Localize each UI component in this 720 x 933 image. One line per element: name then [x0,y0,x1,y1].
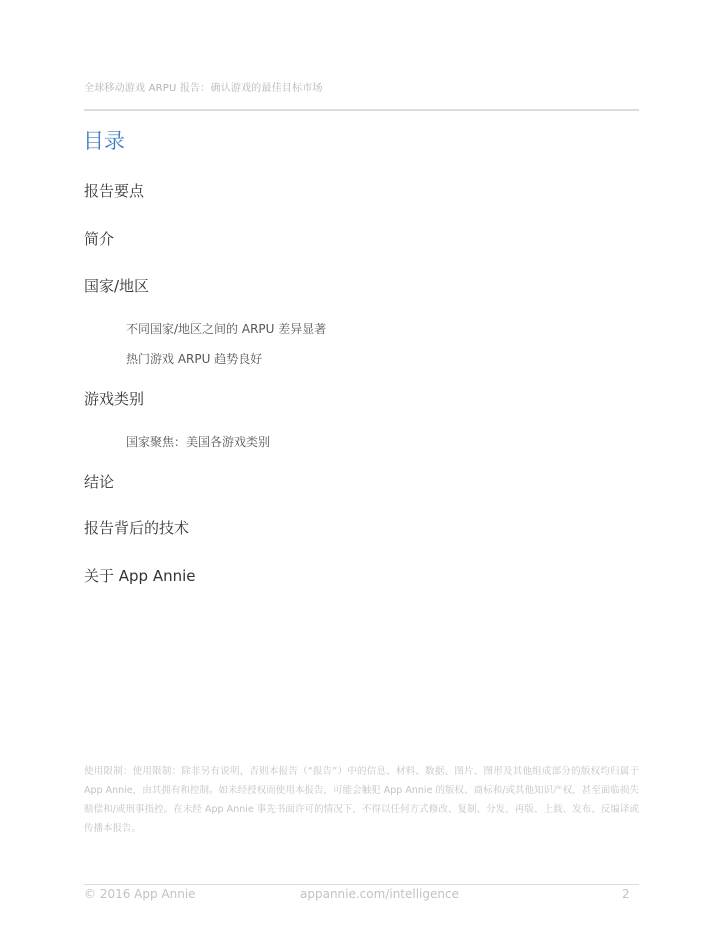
footer-url-link[interactable]: appannie.com/intelligence [300,887,459,901]
toc-item-introduction[interactable]: 简介 [84,228,114,249]
toc-item-technology[interactable]: 报告背后的技术 [84,517,189,538]
toc-item-game-categories[interactable]: 游戏类别 [84,388,144,409]
footer-divider [84,884,639,885]
toc-subitem-arpu-differences[interactable]: 不同国家/地区之间的 ARPU 差异显著 [126,320,326,337]
toc-title: 目录 [83,125,125,155]
toc-subitem-us-categories[interactable]: 国家聚焦：美国各游戏类别 [126,433,270,450]
toc-item-highlights[interactable]: 报告要点 [84,180,144,201]
legal-notice: 使用限制：使用限制：除非另有说明，否则本报告（“报告”）中的信息、材料、数据、图… [84,762,639,838]
toc-subitem-top-games-arpu[interactable]: 热门游戏 ARPU 趋势良好 [126,350,262,367]
toc-item-countries[interactable]: 国家/地区 [84,275,149,296]
footer-copyright: © 2016 App Annie [84,887,196,901]
running-header: 全球移动游戏 ARPU 报告：确认游戏的最佳目标市场 [84,79,323,94]
page-number: 2 [622,887,630,901]
toc-item-conclusion[interactable]: 结论 [84,471,114,492]
header-divider [84,109,639,111]
toc-item-about[interactable]: 关于 App Annie [84,565,196,586]
